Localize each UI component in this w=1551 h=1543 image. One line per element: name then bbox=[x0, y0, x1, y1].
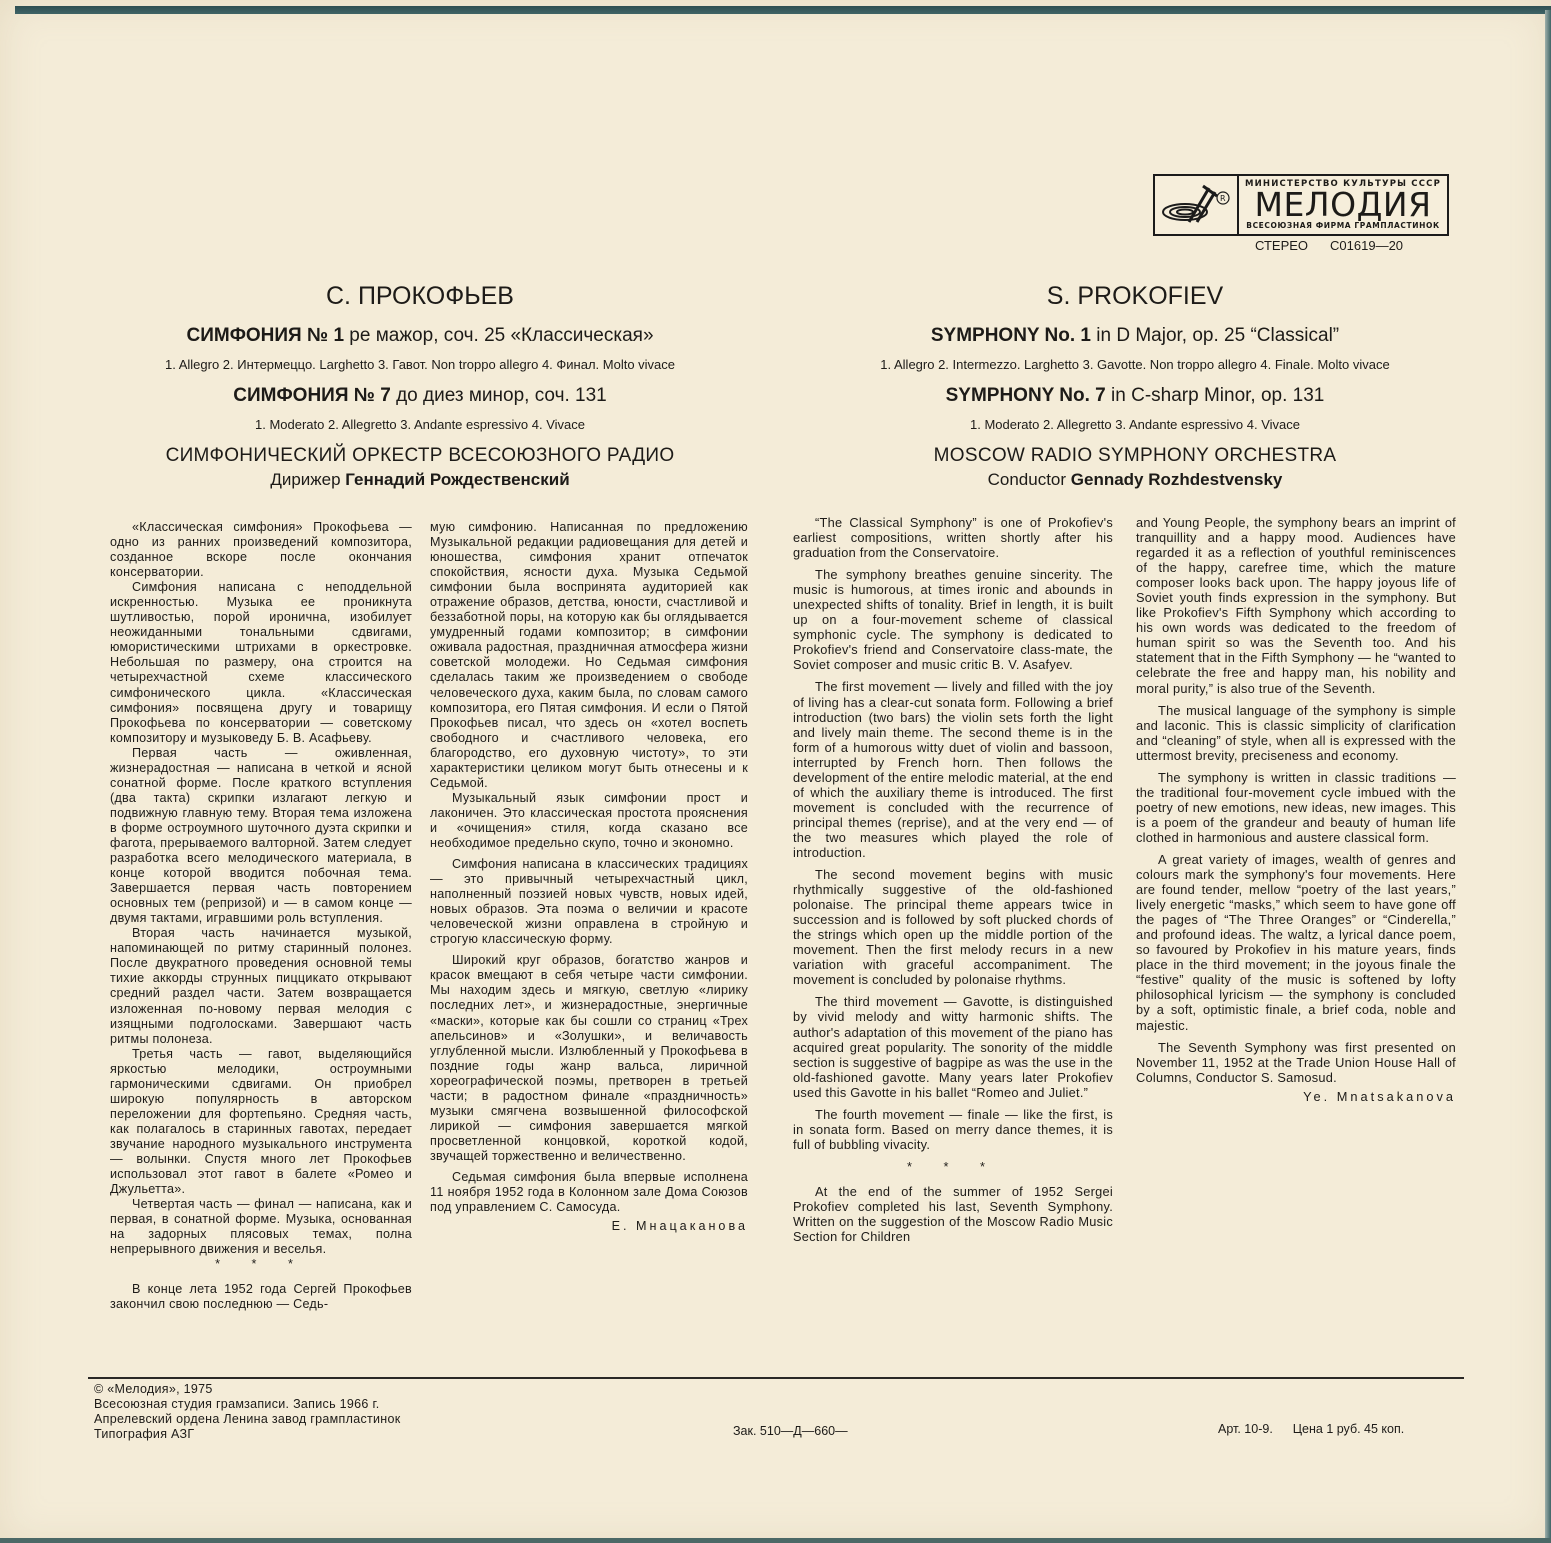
composer-name-en: S. PROKOFIEV bbox=[790, 280, 1480, 312]
recording-studio: Всесоюзная студия грамзаписи. Запись 196… bbox=[94, 1397, 401, 1412]
production-credits: © «Мелодия», 1975 Всесоюзная студия грам… bbox=[94, 1382, 401, 1442]
paragraph: «Классическая симфония» Прокофьева — одн… bbox=[110, 520, 412, 580]
symphony-7-key-en: in C-sharp Minor, op. 131 bbox=[1106, 385, 1325, 406]
symphony-7-movements-ru: 1. Moderato 2. Allegretto 3. Andante esp… bbox=[100, 416, 740, 434]
symphony-1-movements-en: 1. Allegro 2. Intermezzo. Larghetto 3. G… bbox=[790, 356, 1480, 374]
symphony-7-title-ru: СИМФОНИЯ № 7 до диез минор, соч. 131 bbox=[100, 384, 740, 408]
paragraph: Третья часть — гавот, выделяющийся яркос… bbox=[110, 1047, 412, 1197]
record-sleeve-back: R МИНИСТЕРСТВО КУЛЬТУРЫ СССР МЕЛОДИЯ ВСЕ… bbox=[0, 0, 1551, 1543]
catalog-info: СТЕРЕОС01619—20 bbox=[1255, 238, 1403, 253]
section-divider: * * * bbox=[110, 1257, 412, 1272]
symphony-1-title-ru: СИМФОНИЯ № 1 ре мажор, соч. 25 «Классиче… bbox=[100, 324, 740, 348]
symphony-7-title-en: SYMPHONY No. 7 in C-sharp Minor, op. 131 bbox=[790, 384, 1480, 408]
stereo-label: СТЕРЕО bbox=[1255, 238, 1308, 253]
paragraph: The second movement begins with music rh… bbox=[793, 867, 1113, 987]
paragraph: The musical language of the symphony is … bbox=[1136, 703, 1456, 763]
paragraph: The symphony breathes genuine sincerity.… bbox=[793, 567, 1113, 672]
composer-name-ru: С. ПРОКОФЬЕВ bbox=[100, 280, 740, 312]
paragraph: At the end of the summer of 1952 Sergei … bbox=[793, 1184, 1113, 1244]
paragraph: “The Classical Symphony” is one of Proko… bbox=[793, 515, 1113, 560]
melodiya-record-logo-icon: R bbox=[1155, 176, 1239, 234]
conductor-label-ru: Дирижер bbox=[270, 470, 345, 489]
liner-notes-ru-column-2: мую симфонию. Написанная по предложению … bbox=[430, 520, 748, 1234]
symphony-7-number-ru: СИМФОНИЯ № 7 bbox=[233, 385, 391, 406]
price-info: Арт. 10-9.Цена 1 руб. 45 коп. bbox=[1218, 1422, 1404, 1436]
conductor-name-en: Gennady Rozhdestvensky bbox=[1071, 470, 1283, 489]
liner-notes-en-column-1: “The Classical Symphony” is one of Proko… bbox=[793, 515, 1113, 1244]
conductor-en: Conductor Gennady Rozhdestvensky bbox=[790, 468, 1480, 492]
symphony-7-number-en: SYMPHONY No. 7 bbox=[946, 385, 1106, 406]
paragraph: and Young People, the symphony bears an … bbox=[1136, 515, 1456, 696]
paragraph: The fourth movement — finale — like the … bbox=[793, 1107, 1113, 1152]
order-number: Зак. 510—Д—660— bbox=[733, 1424, 848, 1438]
paragraph: A great variety of images, wealth of gen… bbox=[1136, 852, 1456, 1033]
paragraph: мую симфонию. Написанная по предложению … bbox=[430, 520, 748, 791]
symphony-1-movements-ru: 1. Allegro 2. Интермеццо. Larghetto 3. Г… bbox=[100, 356, 740, 374]
symphony-1-key-ru: ре мажор, соч. 25 «Классическая» bbox=[344, 325, 653, 346]
english-header: S. PROKOFIEV SYMPHONY No. 1 in D Major, … bbox=[790, 280, 1480, 492]
paragraph: Седьмая симфония была впервые исполнена … bbox=[430, 1170, 748, 1215]
sleeve-edge-right bbox=[1545, 10, 1551, 1543]
symphony-1-number-ru: СИМФОНИЯ № 1 bbox=[186, 325, 344, 346]
footer-divider bbox=[88, 1377, 1464, 1379]
paragraph: Четвертая часть — финал — написана, как … bbox=[110, 1197, 412, 1257]
russian-header: С. ПРОКОФЬЕВ СИМФОНИЯ № 1 ре мажор, соч.… bbox=[100, 280, 740, 492]
paragraph: Симфония написана с неподдельной искренн… bbox=[110, 580, 412, 746]
melodiya-logo-text: МИНИСТЕРСТВО КУЛЬТУРЫ СССР МЕЛОДИЯ ВСЕСО… bbox=[1239, 176, 1447, 234]
liner-notes-en-column-2: and Young People, the symphony bears an … bbox=[1136, 515, 1456, 1104]
paragraph: В конце лета 1952 года Сергей Прокофьев … bbox=[110, 1282, 412, 1312]
printer: Типография АЗГ bbox=[94, 1427, 401, 1442]
symphony-1-title-en: SYMPHONY No. 1 in D Major, op. 25 “Class… bbox=[790, 324, 1480, 348]
paragraph: The Seventh Symphony was first presented… bbox=[1136, 1040, 1456, 1085]
paragraph: The symphony is written in classic tradi… bbox=[1136, 770, 1456, 845]
orchestra-en: MOSCOW RADIO SYMPHONY ORCHESTRA bbox=[790, 444, 1480, 468]
symphony-1-key-en: in D Major, op. 25 “Classical” bbox=[1091, 325, 1339, 346]
conductor-label-en: Conductor bbox=[988, 470, 1071, 489]
symphony-1-number-en: SYMPHONY No. 1 bbox=[931, 325, 1091, 346]
price: Цена 1 руб. 45 коп. bbox=[1293, 1422, 1404, 1436]
paragraph: Широкий круг образов, богатство жанров и… bbox=[430, 953, 748, 1164]
author-signature-en: Ye. Mnatsakanova bbox=[1136, 1089, 1456, 1104]
copyright: © «Мелодия», 1975 bbox=[94, 1382, 401, 1397]
author-signature-ru: Е. Мнацаканова bbox=[430, 1219, 748, 1234]
catalog-number: С01619—20 bbox=[1330, 238, 1403, 253]
orchestra-ru: СИМФОНИЧЕСКИЙ ОРКЕСТР ВСЕСОЮЗНОГО РАДИО bbox=[100, 444, 740, 468]
liner-notes-ru-column-1: «Классическая симфония» Прокофьева — одн… bbox=[110, 520, 412, 1312]
sleeve-edge-bottom bbox=[0, 1538, 1551, 1543]
conductor-ru: Дирижер Геннадий Рождественский bbox=[100, 468, 740, 492]
paragraph: The first movement — lively and filled w… bbox=[793, 679, 1113, 860]
paragraph: The third movement — Gavotte, is disting… bbox=[793, 994, 1113, 1099]
melodiya-logo: R МИНИСТЕРСТВО КУЛЬТУРЫ СССР МЕЛОДИЯ ВСЕ… bbox=[1153, 174, 1449, 236]
section-divider: * * * bbox=[793, 1159, 1113, 1174]
paragraph: Симфония написана в классических традици… bbox=[430, 857, 748, 947]
symphony-7-movements-en: 1. Moderato 2. Allegretto 3. Andante esp… bbox=[790, 416, 1480, 434]
article-number: Арт. 10-9. bbox=[1218, 1422, 1273, 1436]
paragraph: Музыкальный язык симфонии прост и лакони… bbox=[430, 791, 748, 851]
conductor-name-ru: Геннадий Рождественский bbox=[345, 470, 569, 489]
brand-name: МЕЛОДИЯ bbox=[1254, 189, 1431, 221]
pressing-plant: Апрелевский ордена Ленина завод грамплас… bbox=[94, 1412, 401, 1427]
svg-text:R: R bbox=[1220, 194, 1226, 203]
paragraph: Первая часть — оживленная, жизнерадостна… bbox=[110, 746, 412, 927]
sleeve-edge-top bbox=[15, 6, 1551, 14]
paragraph: Вторая часть начинается музыкой, напомин… bbox=[110, 926, 412, 1046]
symphony-7-key-ru: до диез минор, соч. 131 bbox=[391, 385, 607, 406]
company-text: ВСЕСОЮЗНАЯ ФИРМА ГРАМПЛАСТИНОК bbox=[1246, 221, 1439, 231]
